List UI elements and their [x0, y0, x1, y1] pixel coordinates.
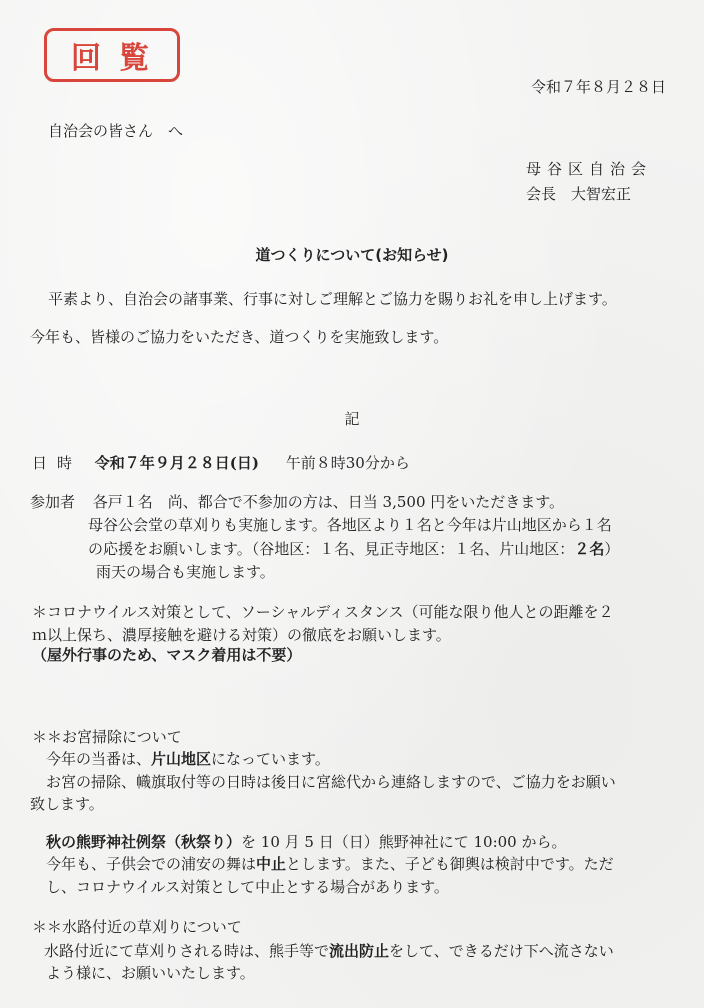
runoff-prevention: 流出防止 — [329, 942, 389, 960]
festival-line-3: し、コロナウイルス対策として中止とする場合があります。 — [46, 876, 449, 897]
document-date: 令和７年８月２８日 — [531, 76, 666, 97]
recipient: 自治会の皆さん へ — [48, 120, 183, 141]
sender-organization: 母谷区自治会 — [526, 158, 652, 179]
shrine-cleaning-line-3: 致します。 — [30, 793, 104, 814]
intro-paragraph-2: 今年も、皆様のご協力をいただき、道つくりを実施致します。 — [30, 326, 448, 347]
participants-line-3-text: の応援をお願いします。（谷地区：１名、見正寺地区：１名、片山地区： — [88, 540, 574, 558]
katayama-count: ２名 — [574, 540, 604, 558]
circular-stamp: 回覧 — [44, 28, 180, 82]
event-date: 令和７年９月２８日(日) — [95, 454, 259, 472]
waterway-heading: ＊＊水路付近の草刈りについて — [32, 916, 242, 937]
participants-line-3-end: ） — [604, 540, 619, 558]
waterway-line-1-end: をして、できるだけ下へ流さない — [389, 942, 614, 960]
sender-chair: 会長 大智宏正 — [526, 183, 631, 204]
event-time: 午前８時30分から — [286, 454, 410, 472]
covid-note-line-2: ｍ以上保ち、濃厚接触を避ける対策）の徹底をお願いします。 — [32, 624, 451, 645]
waterway-line-1: 水路付近にて草刈りされる時は、熊手等で流出防止をして、できるだけ下へ流さない — [44, 940, 614, 961]
shrine-cleaning-heading: ＊＊お宮掃除について — [32, 726, 182, 747]
shrine-cleaning-line-1: 今年の当番は、片山地区になっています。 — [46, 748, 330, 769]
festival-line-2-end: とします。また、子ども御輿は検討中です。ただ — [286, 855, 614, 873]
covid-note-line-1: ＊コロナウイルス対策として、ソーシャルディスタンス（可能な限り他人との距離を２ — [32, 601, 614, 622]
document-page: 回覧 令和７年８月２８日 自治会の皆さん へ 母谷区自治会 会長 大智宏正 道つ… — [0, 0, 704, 1008]
shrine-cleaning-line-2: お宮の掃除、幟旗取付等の日時は後日に宮総代から連絡しますので、ご協力をお願い — [46, 771, 616, 792]
waterway-line-1-text: 水路付近にて草刈りされる時は、熊手等で — [44, 942, 329, 960]
participants-line-2: 母谷公会堂の草刈りも実施します。各地区より１名と今年は片山地区から１名 — [88, 514, 612, 535]
festival-line-2: 今年も、子供会での浦安の舞は中止とします。また、子ども御輿は検討中です。ただ — [46, 853, 614, 874]
datetime-label: 日時 — [32, 452, 90, 473]
festival-schedule: を 10 月 5 日（日）熊野神社にて 10:00 から。 — [241, 833, 566, 851]
festival-name: 秋の熊野神社例祭（秋祭り） — [46, 833, 241, 851]
participants-label: 参加者 — [30, 491, 88, 512]
shrine-line-1-end: になっています。 — [211, 750, 330, 768]
waterway-line-2: よう様に、お願いいたします。 — [46, 962, 255, 983]
festival-line-1: 秋の熊野神社例祭（秋祭り）を 10 月 5 日（日）熊野神社にて 10:00 か… — [46, 831, 566, 852]
cancelled-label: 中止 — [256, 855, 286, 873]
mask-note: （屋外行事のため、マスク着用は不要） — [32, 644, 301, 665]
shrine-line-1-text: 今年の当番は、 — [46, 750, 151, 768]
datetime-row: 日時 令和７年９月２８日(日) 午前８時30分から — [32, 452, 410, 473]
festival-line-2-text: 今年も、子供会での浦安の舞は — [46, 855, 256, 873]
ki-heading: 記 — [0, 408, 704, 429]
document-title: 道つくりについて(お知らせ) — [0, 244, 704, 265]
intro-paragraph-1: 平素より、自治会の諸事業、行事に対しご理解とご協力を賜りお礼を申し上げます。 — [48, 288, 617, 309]
participants-line-3: の応援をお願いします。（谷地区：１名、見正寺地区：１名、片山地区：２名） — [88, 538, 619, 559]
participants-row: 参加者 各戸１名 尚、都合で不参加の方は、日当 3,500 円をいただきます。 — [30, 491, 564, 512]
participants-line-1: 各戸１名 尚、都合で不参加の方は、日当 3,500 円をいただきます。 — [93, 493, 564, 511]
duty-district: 片山地区 — [151, 750, 211, 768]
participants-line-4: 雨天の場合も実施します。 — [96, 561, 275, 582]
